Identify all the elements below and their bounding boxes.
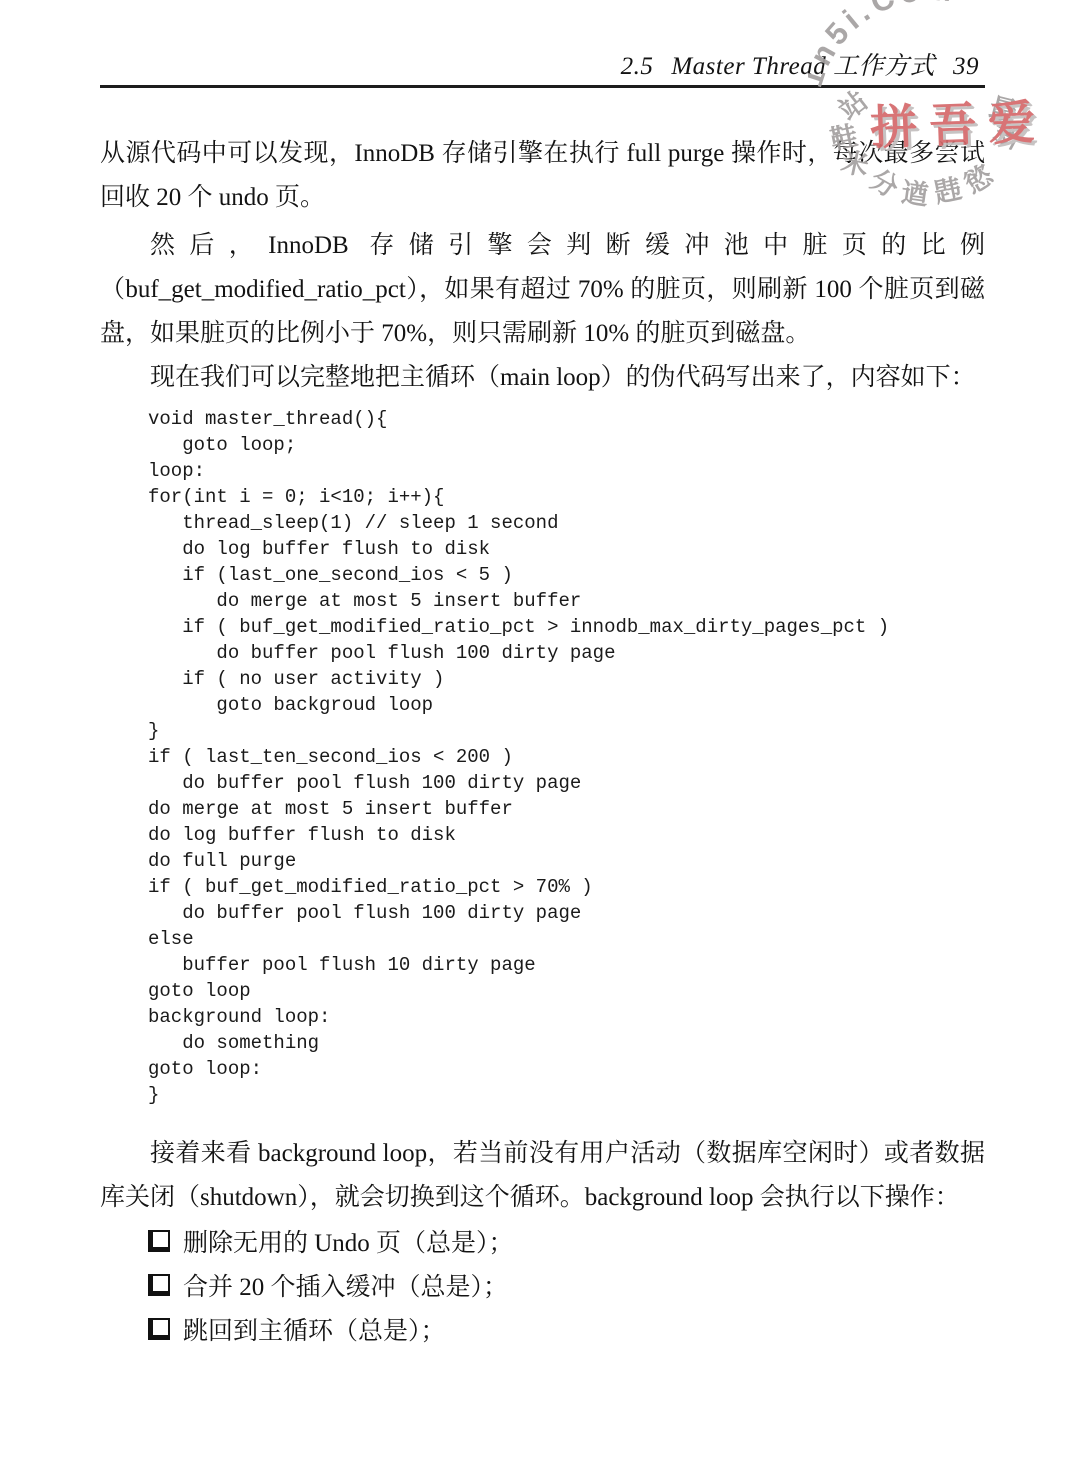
background-loop-operations-list: 删除无用的 Undo 页（总是）； 合并 20 个插入缓冲（总是）； 跳回到主循… xyxy=(100,1222,985,1354)
book-page: 1n5i.CoM 站 鞋 米 分 遒 韪 慾 新 最 拼吾爱 2.5Master… xyxy=(0,0,1080,1478)
watermark-ring-char: 最 xyxy=(986,85,1022,129)
header-rule xyxy=(100,85,985,88)
paragraph-dirty-ratio: 然后，InnoDB 存储引擎会判断缓冲池中脏页的比例（buf_get_modif… xyxy=(100,224,985,356)
list-item: 删除无用的 Undo 页（总是）； xyxy=(148,1222,985,1266)
list-item: 跳回到主循环（总是）； xyxy=(148,1310,985,1354)
list-item-text: 删除无用的 Undo 页（总是）； xyxy=(183,1230,514,1257)
section-title: Master Thread 工作方式 xyxy=(671,53,935,80)
list-item-text: 合并 20 个插入缓冲（总是）； xyxy=(183,1274,508,1301)
watermark-ring-char: 新 xyxy=(988,110,1030,157)
running-head: 2.5Master Thread 工作方式39 xyxy=(100,0,985,82)
list-item-text: 跳回到主循环（总是）； xyxy=(183,1318,446,1345)
ballot-square-icon xyxy=(148,1230,170,1252)
paragraph-background-loop: 接着来看 background loop，若当前没有用户活动（数据库空闲时）或者… xyxy=(100,1132,985,1220)
page-content: 2.5Master Thread 工作方式39 从源代码中可以发现，InnoDB… xyxy=(100,0,985,1354)
list-item: 合并 20 个插入缓冲（总是）； xyxy=(148,1266,985,1310)
ballot-square-icon xyxy=(148,1318,170,1340)
paragraph-full-purge: 从源代码中可以发现，InnoDB 存储引擎在执行 full purge 操作时，… xyxy=(100,132,985,220)
ballot-square-icon xyxy=(148,1274,170,1296)
page-number: 39 xyxy=(953,53,979,80)
paragraph-main-loop-intro: 现在我们可以完整地把主循环（main loop）的伪代码写出来了，内容如下： xyxy=(100,356,985,400)
section-number: 2.5 xyxy=(621,53,654,80)
pseudocode-block: void master_thread(){ goto loop; loop: f… xyxy=(100,406,985,1108)
